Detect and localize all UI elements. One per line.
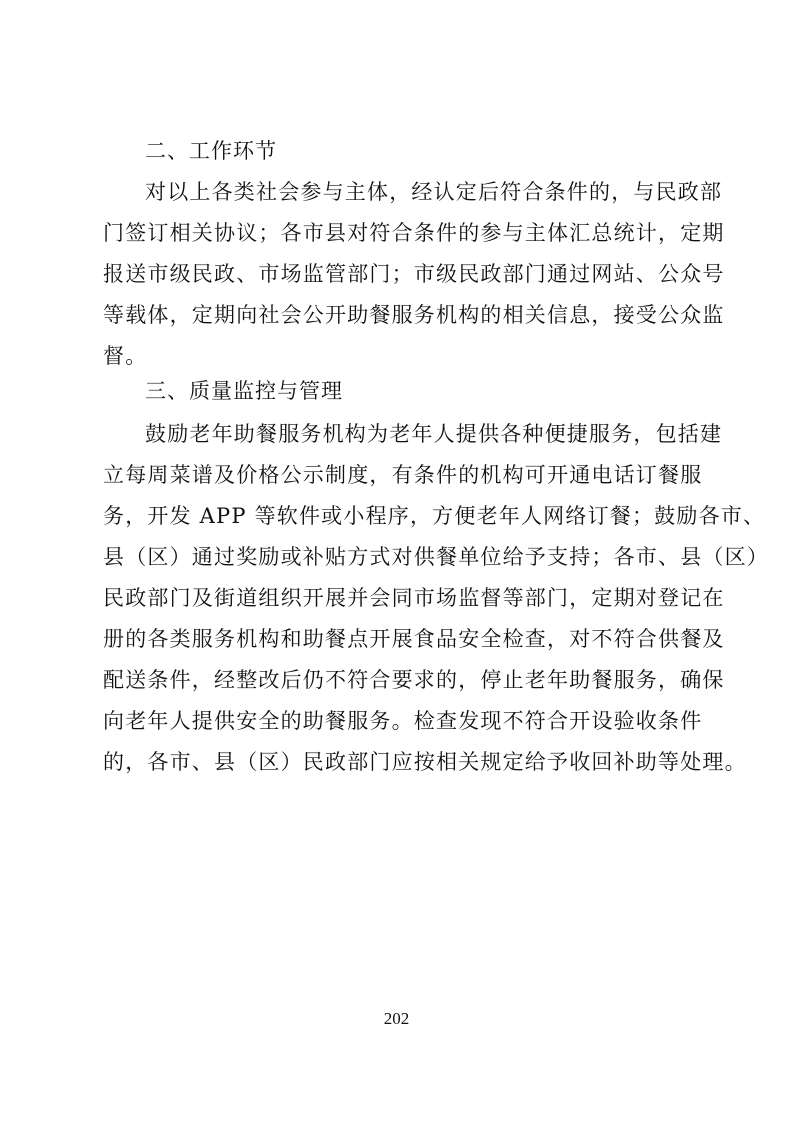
paragraph-line: 立每周菜谱及价格公示制度，有条件的机构可开通电话订餐服 (103, 461, 693, 489)
paragraph-line: 县（区）通过奖励或补贴方式对供餐单位给予支持；各市、县（区） (103, 543, 693, 571)
paragraph-line: 报送市级民政、市场监管部门；市级民政部门通过网站、公众号 (103, 260, 693, 288)
paragraph-line: 的，各市、县（区）民政部门应按相关规定给予收回补助等处理。 (103, 748, 693, 776)
paragraph-line: 对以上各类社会参与主体，经认定后符合条件的，与民政部 (145, 178, 693, 206)
paragraph-line: 等载体，定期向社会公开助餐服务机构的相关信息，接受公众监 (103, 301, 693, 329)
paragraph-line: 门签订相关协议；各市县对符合条件的参与主体汇总统计，定期 (103, 219, 693, 247)
paragraph-line: 鼓励老年助餐服务机构为老年人提供各种便捷服务，包括建 (145, 420, 693, 448)
paragraph-line: 向老年人提供安全的助餐服务。检查发现不符合开设验收条件 (103, 707, 693, 735)
paragraph-line: 督。 (103, 342, 693, 370)
section-heading-quality-monitoring: 三、质量监控与管理 (145, 377, 343, 405)
page-number: 202 (0, 1009, 793, 1029)
paragraph-line: 务，开发 APP 等软件或小程序，方便老年人网络订餐；鼓励各市、 (103, 502, 693, 530)
paragraph-line: 册的各类服务机构和助餐点开展食品安全检查，对不符合供餐及 (103, 625, 693, 653)
paragraph-line: 配送条件，经整改后仍不符合要求的，停止老年助餐服务，确保 (103, 666, 693, 694)
section-heading-work-process: 二、工作环节 (145, 137, 277, 165)
paragraph-line: 民政部门及街道组织开展并会同市场监督等部门，定期对登记在 (103, 584, 693, 612)
document-page: 二、工作环节 对以上各类社会参与主体，经认定后符合条件的，与民政部 门签订相关协… (0, 0, 793, 1122)
